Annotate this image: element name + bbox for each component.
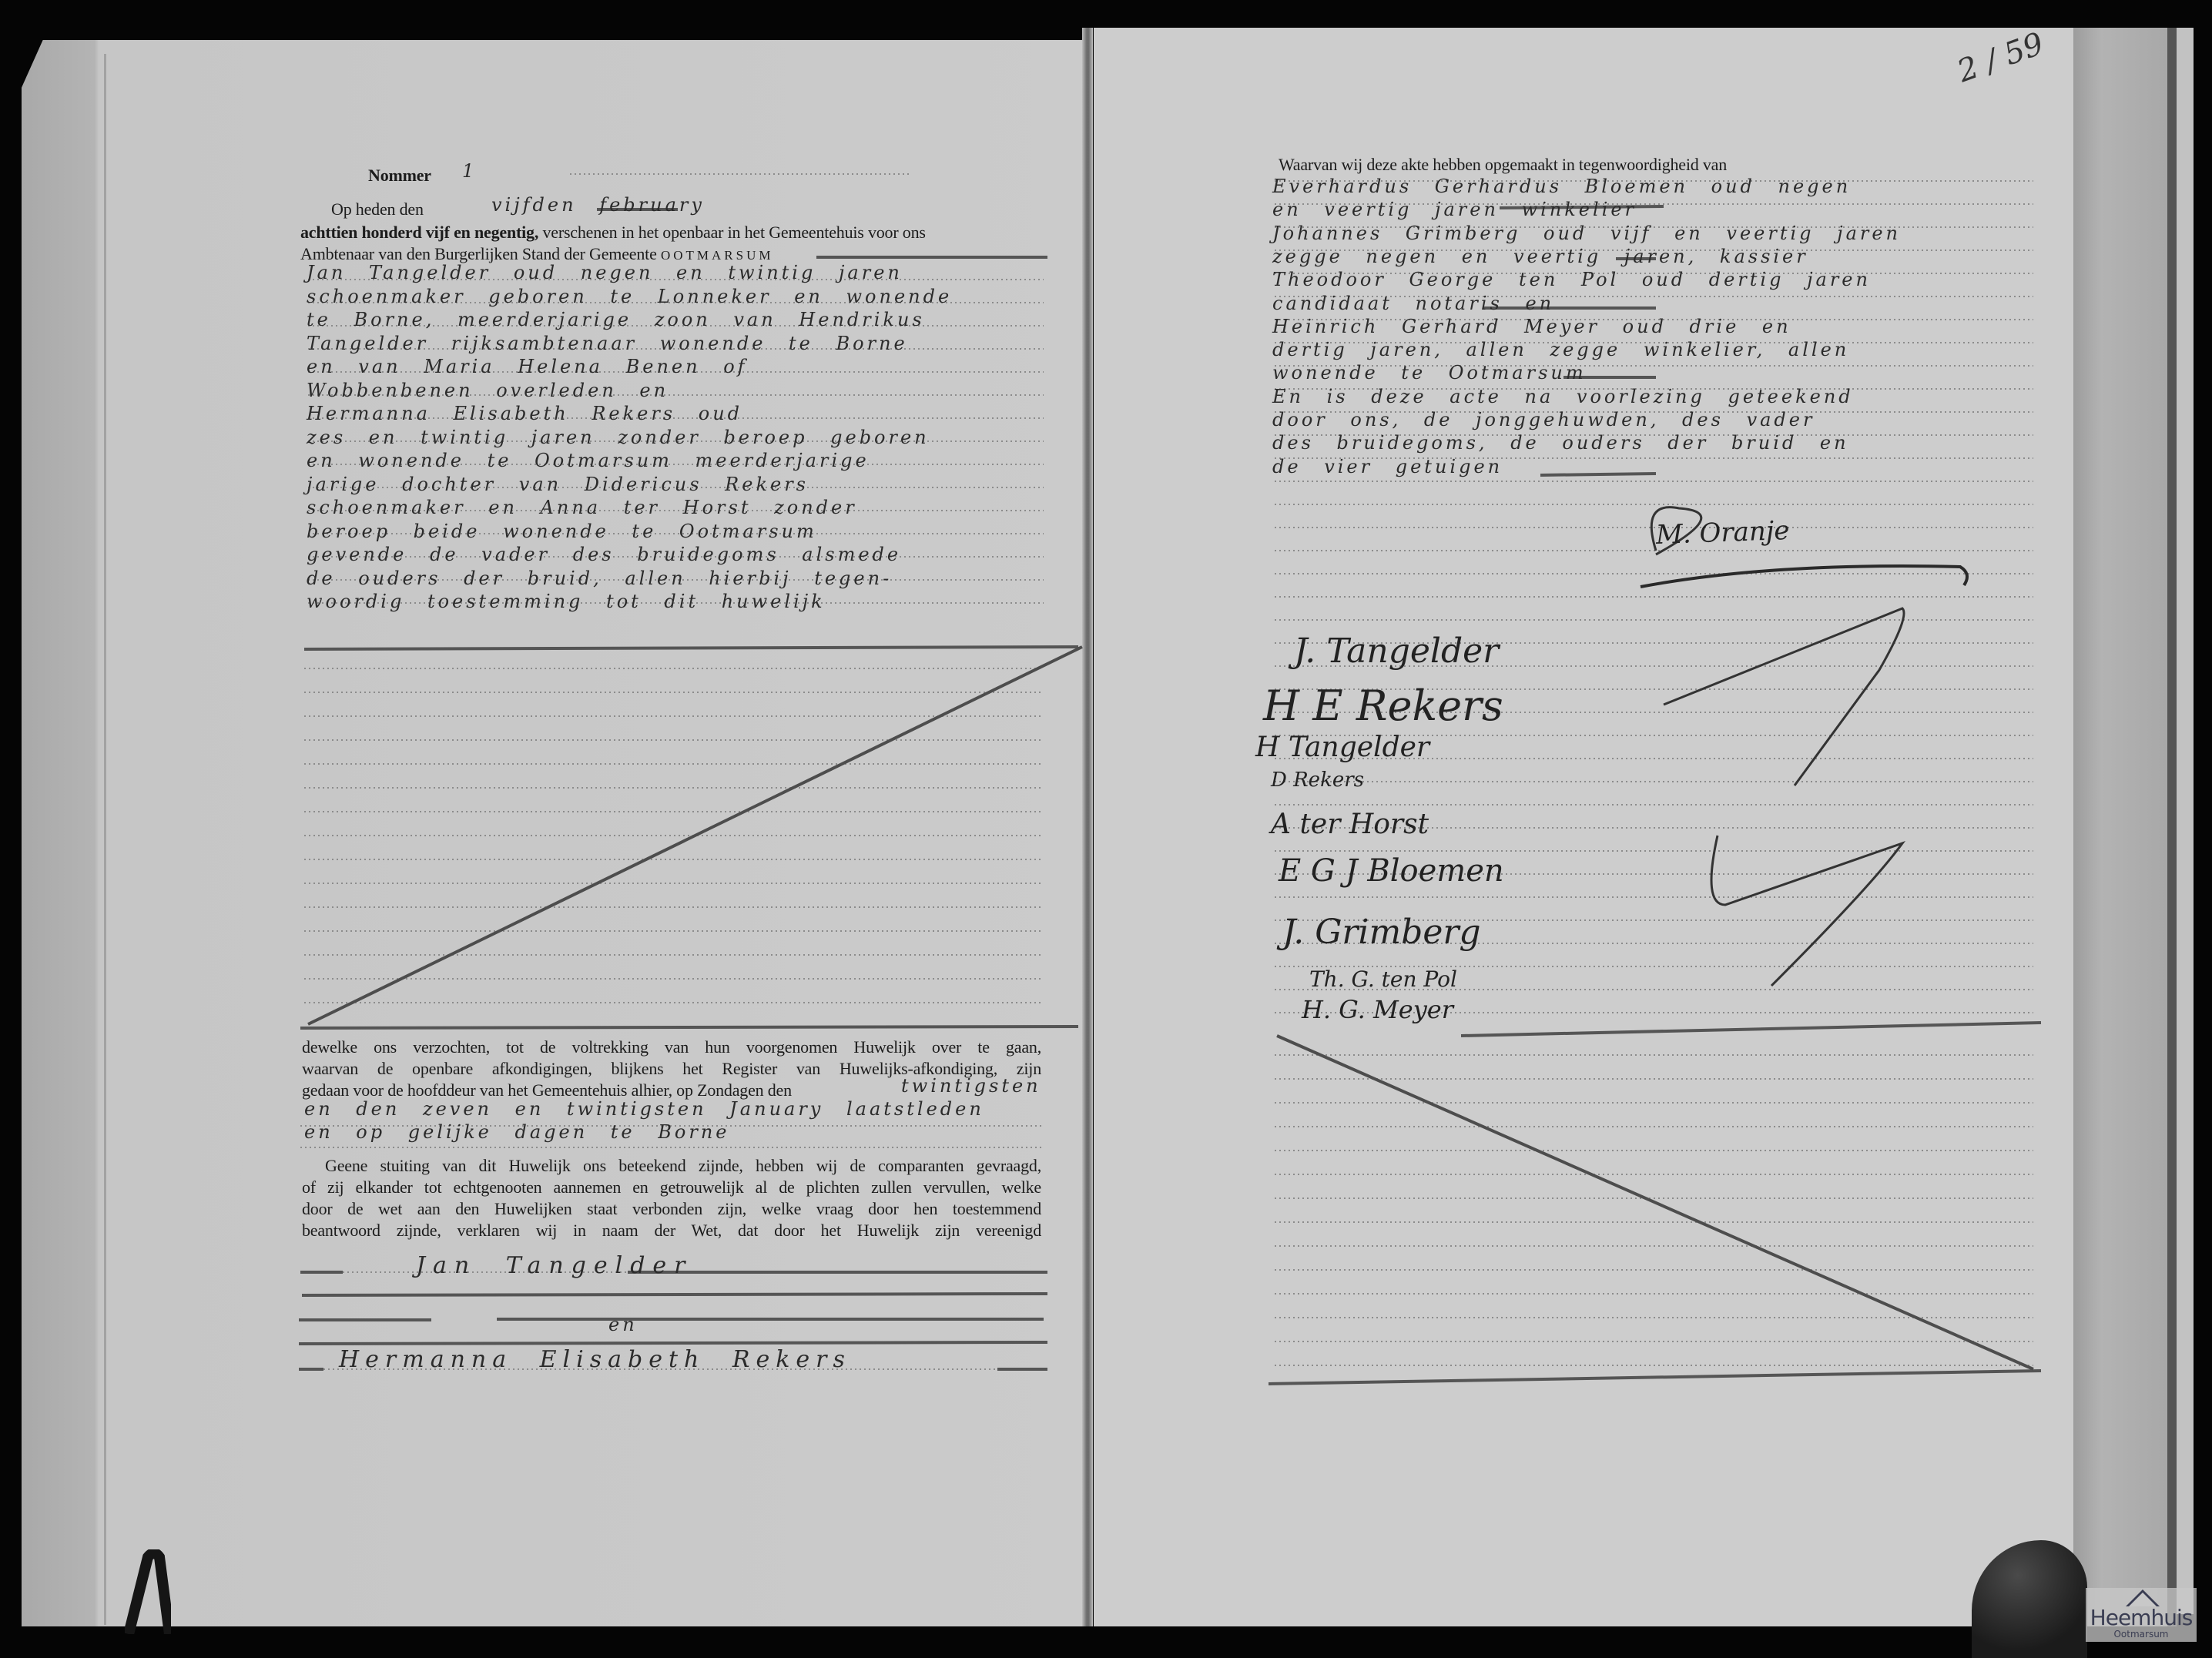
- logo-place: Ootmarsum: [2086, 1629, 2197, 1640]
- marriage-date: vijfden february: [491, 194, 705, 216]
- handwritten-line: door ons, de jonggehuwden, des vader: [1272, 409, 1815, 430]
- heemhuis-watermark-logo: Heemhuis Ootmarsum: [2086, 1588, 2197, 1642]
- ambtenaar-label: Ambtenaar van den Burgerlijken Stand der…: [300, 244, 657, 263]
- oranje-flourish: [1641, 566, 1967, 587]
- year-line: achttien honderd vijf en negentig, versc…: [300, 222, 926, 243]
- handwritten-line: dertig jaren, allen zegge winkelier, all…: [1272, 339, 1849, 360]
- handwritten-line: des bruidegoms, de ouders der bruid en: [1272, 432, 1849, 454]
- intro-continuation: verschenen in het openbaar in het Gemeen…: [542, 223, 925, 242]
- handwritten-line: schoenmaker geboren te Lonneker en wonen…: [307, 286, 952, 307]
- handwritten-line: en wonende te Ootmarsum meerderjarige: [307, 450, 870, 471]
- spouse-1-name: Jan Tangelder: [416, 1255, 693, 1277]
- signature: M. Oranje: [1655, 515, 1790, 551]
- handwritten-line: de vier getuigen: [1272, 456, 1503, 477]
- handwritten-line: zes en twintig jaren zonder beroep gebor…: [307, 427, 930, 448]
- signature: H E Rekers: [1263, 682, 1503, 730]
- handwritten-line: Johannes Grimberg oud vijf en veertig ja…: [1272, 223, 1901, 244]
- handwritten-line: candidaat notaris en: [1272, 293, 1554, 314]
- handwritten-line: beroep beide wonende te Ootmarsum: [307, 521, 817, 542]
- logo-name: Heemhuis: [2086, 1606, 2197, 1630]
- handwritten-line: de ouders der bruid, allen hierbij tegen…: [307, 568, 892, 589]
- printed-line: beantwoord zijnde, verklaren wij in naam…: [302, 1220, 1041, 1241]
- handwritten-line: Heinrich Gerhard Meyer oud drie en: [1272, 316, 1791, 337]
- handwritten-afkondiging-line: en den zeven en twintigsten January laat…: [304, 1098, 984, 1120]
- handwritten-line: Wobbenbenen overleden en: [307, 380, 669, 401]
- handwritten-line: Everhardus Gerhardus Bloemen oud negen: [1272, 176, 1851, 197]
- signature: A ter Horst: [1271, 809, 1429, 840]
- handwritten-afkondiging-line: twintigsten: [901, 1075, 1041, 1097]
- printed-line: Geene stuiting van dit Huwelijk ons bete…: [302, 1155, 1041, 1177]
- handwritten-line: zegge negen en veertig jaren, kassier: [1272, 246, 1808, 267]
- signature: H Tangelder: [1255, 732, 1429, 763]
- handwritten-line: woordig toestemming tot dit huwelijk: [307, 591, 826, 612]
- handwritten-line: gevende de vader des bruidegoms alsmede: [307, 544, 901, 565]
- signature: H. G. Meyer: [1302, 995, 1453, 1024]
- handwritten-line: Theodoor George ten Pol oud dertig jaren: [1272, 269, 1871, 290]
- handwritten-line: Hermanna Elisabeth Rekers oud: [307, 403, 742, 424]
- signature: E G J Bloemen: [1279, 853, 1504, 889]
- intro-label: Op heden den: [331, 199, 424, 220]
- witness-intro: Waarvan wij deze akte hebben opgemaakt i…: [1279, 154, 1727, 176]
- handwritten-line: en veertig jaren winkelier: [1272, 199, 1637, 220]
- handwritten-line: wonende te Ootmarsum: [1272, 362, 1587, 384]
- number-label: Nommer: [368, 165, 431, 186]
- right-cancel-diagonal: [1277, 1036, 2033, 1369]
- handwritten-line: Tangelder rijksambtenaar wonende te Born…: [307, 333, 908, 354]
- house-roof-icon: [2126, 1589, 2160, 1606]
- gemeente-name: OOTMARSUM: [661, 248, 774, 263]
- signature: J. Tangelder: [1294, 631, 1499, 671]
- signature: Th. G. ten Pol: [1309, 966, 1457, 992]
- printed-line: door de wet aan den Huwelijken staat ver…: [302, 1198, 1041, 1220]
- printed-line: dewelke ons verzochten, tot de voltrekki…: [302, 1037, 1041, 1058]
- conjunction: en: [608, 1314, 638, 1335]
- printed-line: of zij elkander tot echtgenooten aanneme…: [302, 1177, 1041, 1198]
- signature-loop-2: [1711, 836, 1902, 986]
- binding-clip-shadow: [125, 1549, 171, 1634]
- spouse-2-name: Hermanna Elisabeth Rekers: [339, 1349, 851, 1371]
- handwritten-line: jarige dochter van Didericus Rekers: [307, 474, 809, 495]
- signature: D Rekers: [1271, 769, 1364, 792]
- handwritten-line: Jan Tangelder oud negen en twintig jaren: [307, 262, 903, 283]
- year-printed: achttien honderd vijf en negentig,: [300, 223, 538, 242]
- signature: J. Grimberg: [1282, 913, 1481, 952]
- handwritten-line: En is deze acte na voorlezing geteekend: [1272, 386, 1854, 407]
- handwritten-line: te Borne, meerderjarige zoon van Hendrik…: [307, 309, 925, 330]
- handwritten-line: schoenmaker en Anna ter Horst zonder: [307, 497, 857, 518]
- handwritten-afkondiging-line: en op gelijke dagen te Borne: [304, 1121, 729, 1143]
- record-number: 1: [462, 160, 477, 182]
- handwritten-line: en van Maria Helena Benen of: [307, 356, 748, 377]
